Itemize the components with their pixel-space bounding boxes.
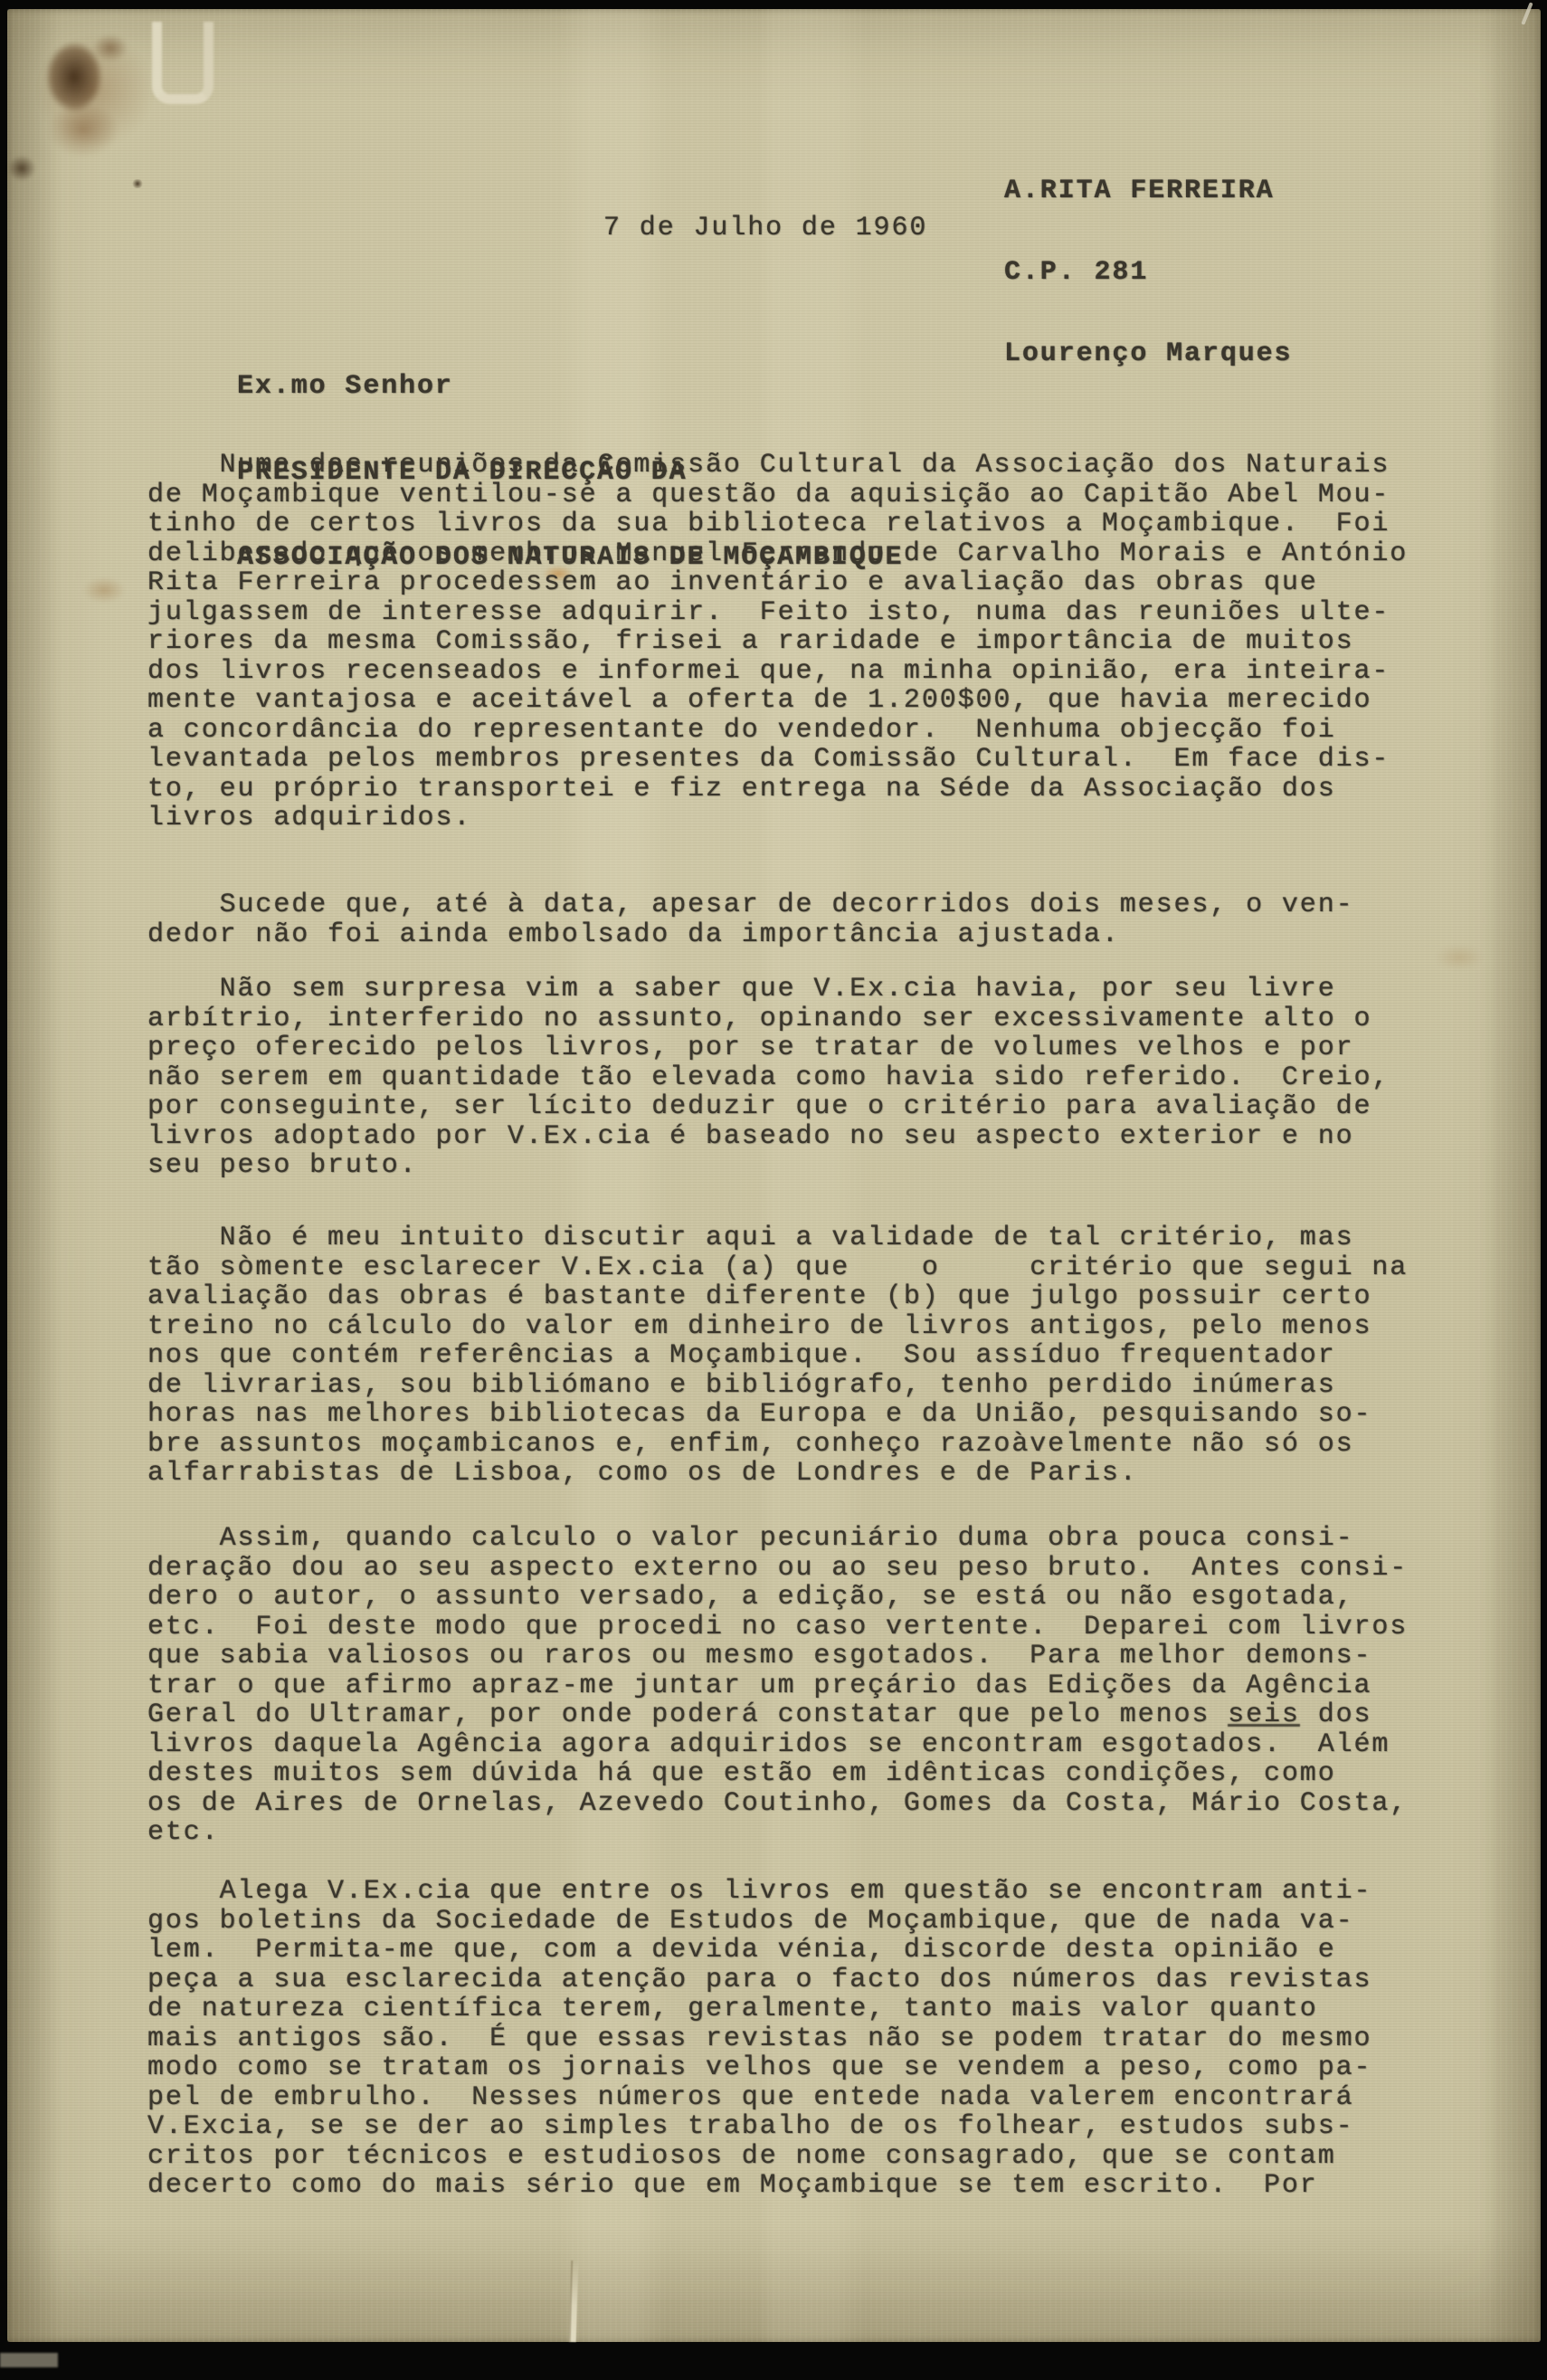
paragraph-5: Assim, quando calculo o valor pecuniário… [147,1524,1459,1848]
seis-underline-mark [1228,1724,1300,1727]
sender-po-box: C.P. 281 [1004,259,1292,286]
paragraph-4: Não é meu intuito discutir aqui a valida… [147,1223,1459,1489]
paragraph-3: Não sem surpresa vim a saber que V.Ex.ci… [147,975,1459,1181]
date-line: 7 de Julho de 1960 [603,214,927,243]
paragraph-1: Numa das reuniões da Comissão Cultural d… [147,451,1459,833]
brown-stain [83,577,125,603]
paper-mark-u [152,22,214,104]
bottom-edge-sliver [0,2353,58,2367]
paragraph-6: Alega V.Ex.cia que entre os livros em qu… [147,1877,1459,2201]
small-ink-dot [132,179,143,188]
sender-name: A.RITA FERREIRA [1004,177,1292,205]
sender-city: Lourenço Marques [1004,340,1292,367]
fold-crease [569,2261,579,2342]
sender-block: A.RITA FERREIRA C.P. 281 Lourenço Marque… [1004,123,1292,422]
paragraph-2: Sucede que, até à data, apesar de decorr… [147,890,1459,949]
scan-background: { "letter": { "sender": { "name": "A.RIT… [0,0,1547,2380]
addressee-salutation: Ex.mo Senhor [237,373,903,402]
edge-stain [2,145,47,195]
letter-page: A.RITA FERREIRA C.P. 281 Lourenço Marque… [7,9,1541,2342]
